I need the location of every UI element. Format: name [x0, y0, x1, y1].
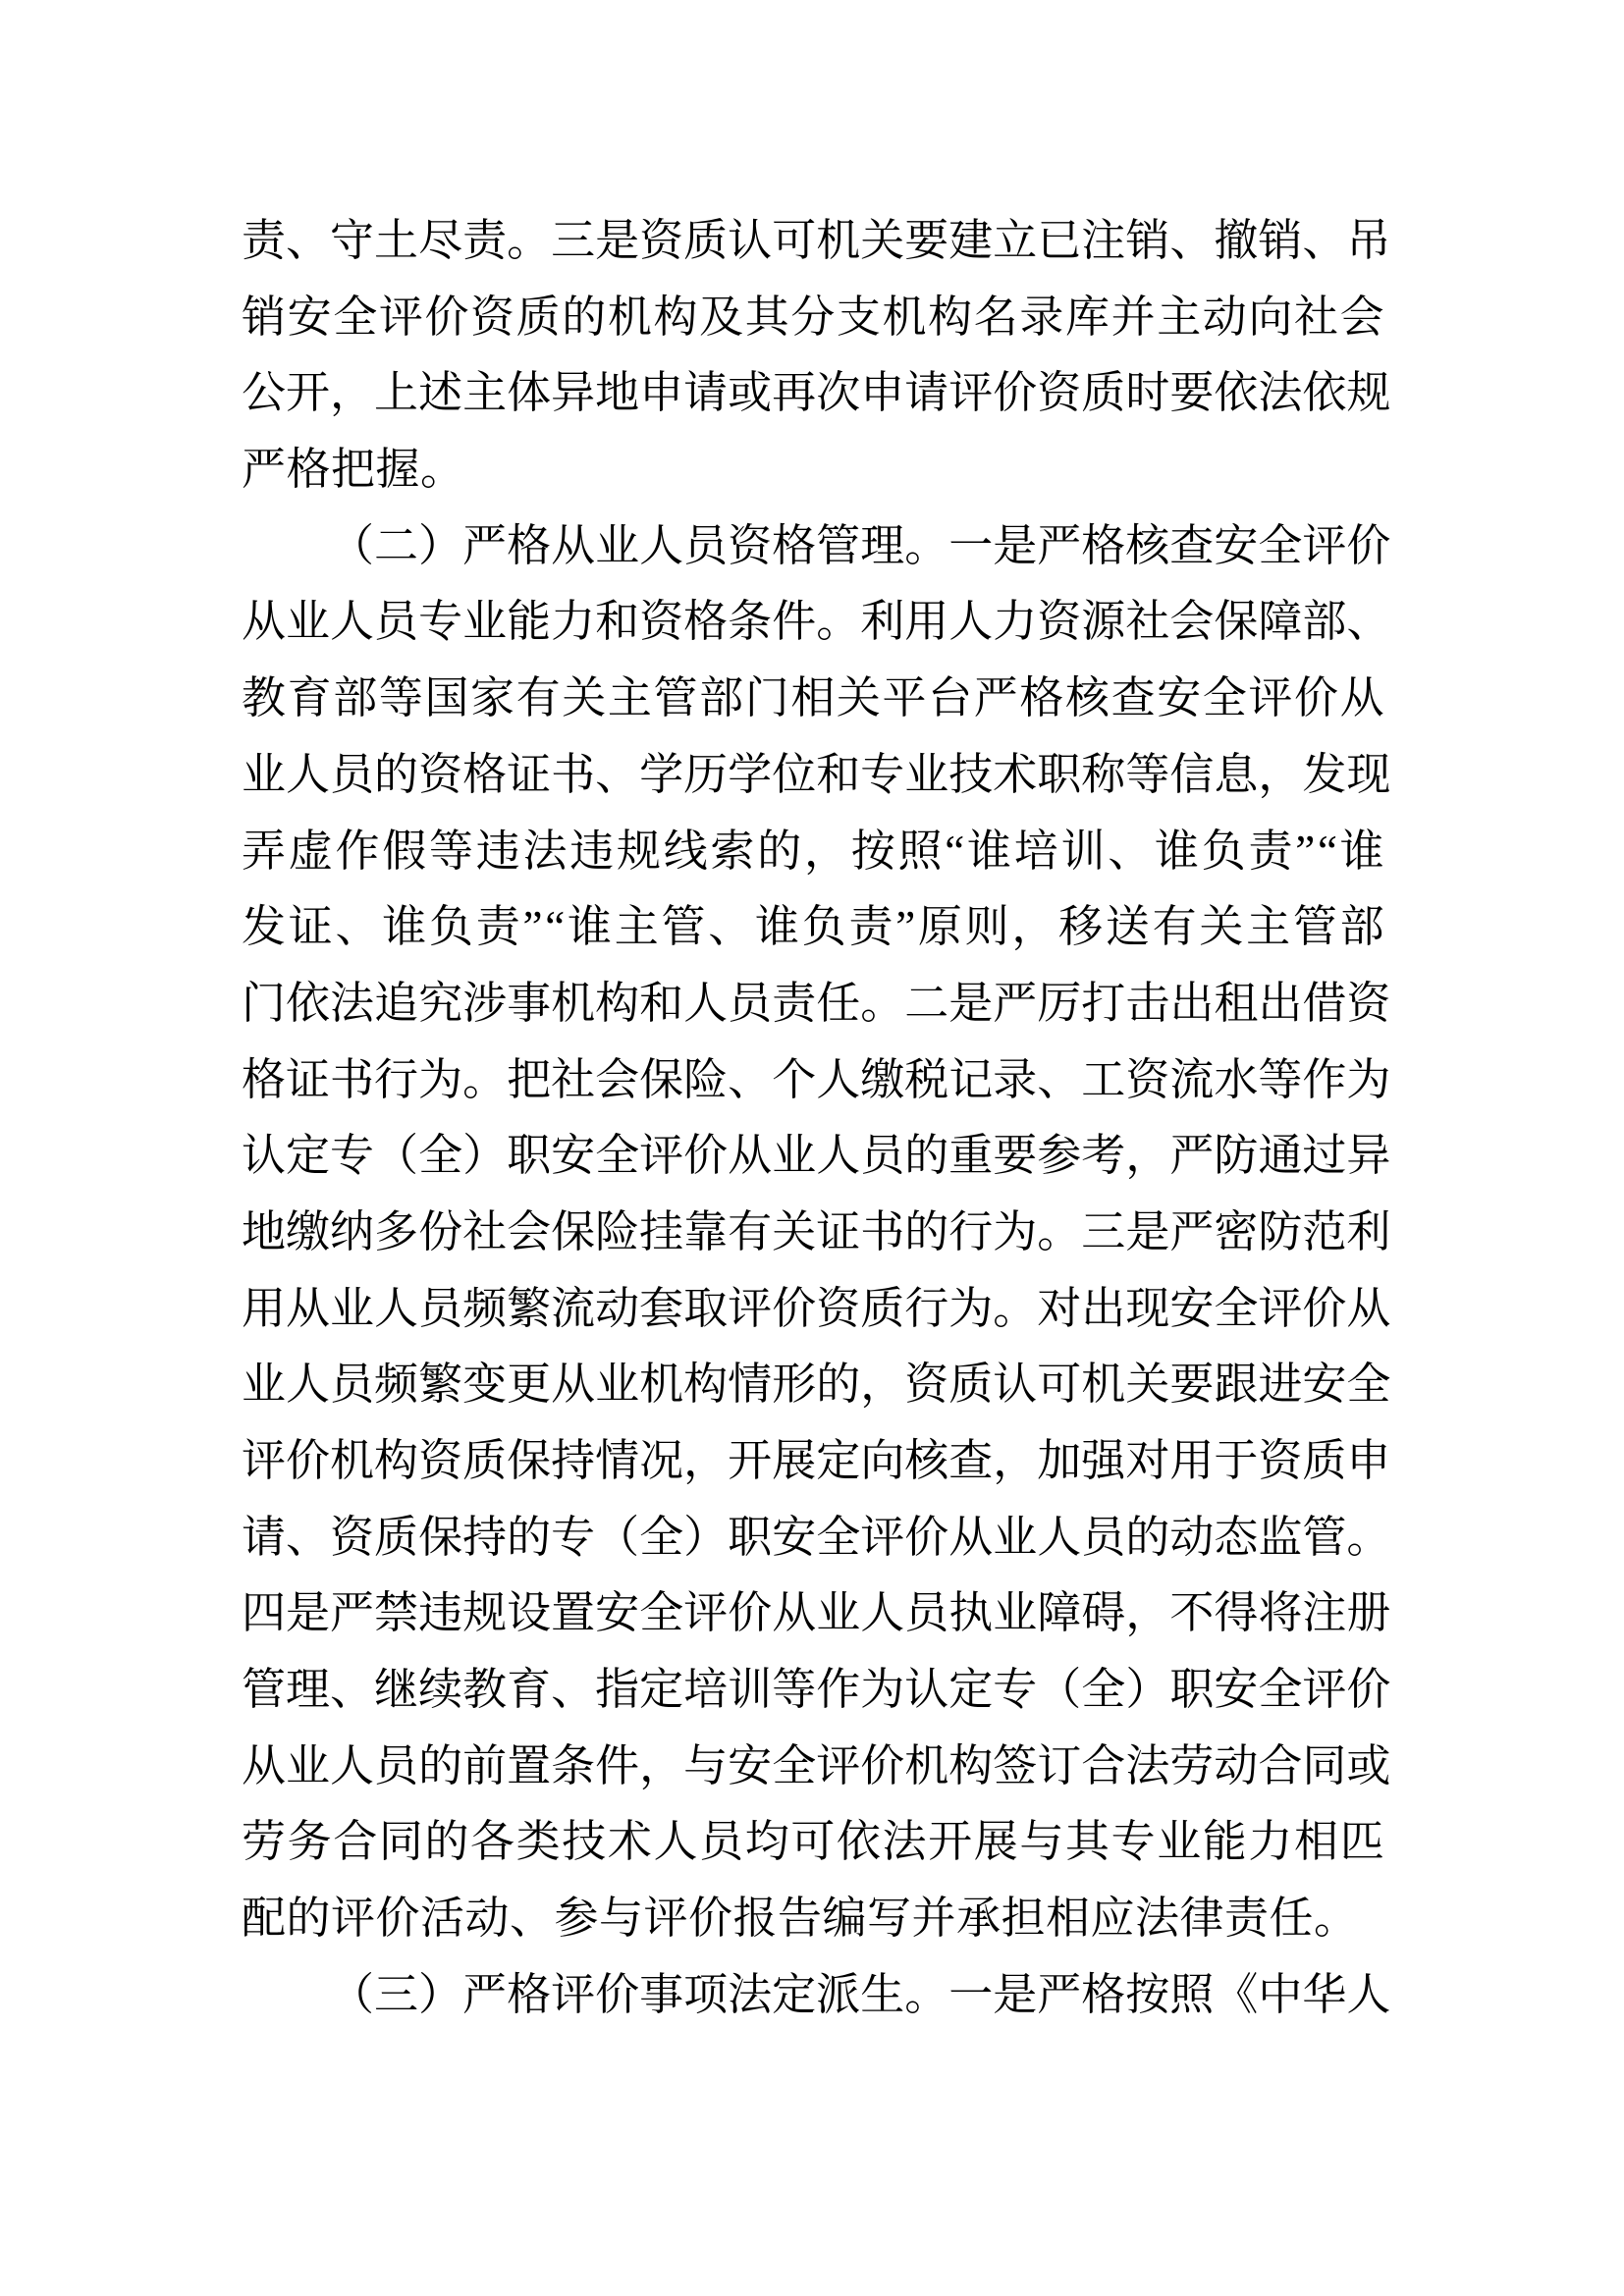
- text-line: 从业人员专业能力和资格条件。利用人力资源社会保障部、: [242, 584, 1384, 661]
- text-block: 责、守土尽责。三是资质认可机关要建立已注销、撤销、吊 销安全评价资质的机构及其分…: [242, 203, 1384, 2034]
- text-line: 业人员频繁变更从业机构情形的，资质认可机关要跟进安全: [242, 1347, 1384, 1423]
- text-line: 请、资质保持的专（全）职安全评价从业人员的动态监管。: [242, 1500, 1384, 1576]
- text-line: 弄虚作假等违法违规线索的，按照“谁培训、谁负责”“谁: [242, 814, 1384, 890]
- text-line: 门依法追究涉事机构和人员责任。二是严厉打击出租出借资: [242, 966, 1384, 1042]
- text-line: 用从业人员频繁流动套取评价资质行为。对出现安全评价从: [242, 1271, 1384, 1348]
- document-page: 责、守土尽责。三是资质认可机关要建立已注销、撤销、吊 销安全评价资质的机构及其分…: [0, 0, 1624, 2296]
- text-line: 公开，上述主体异地申请或再次申请评价资质时要依法依规: [242, 355, 1384, 432]
- text-line: 地缴纳多份社会保险挂靠有关证书的行为。三是严密防范利: [242, 1195, 1384, 1271]
- text-line: （三）严格评价事项法定派生。一是严格按照《中华人: [242, 1957, 1384, 2034]
- text-line: 四是严禁违规设置安全评价从业人员执业障碍，不得将注册: [242, 1575, 1384, 1652]
- text-line: 业人员的资格证书、学历学位和专业技术职称等信息，发现: [242, 737, 1384, 814]
- text-line: 劳务合同的各类技术人员均可依法开展与其专业能力相匹: [242, 1804, 1384, 1881]
- text-line: 销安全评价资质的机构及其分支机构名录库并主动向社会: [242, 280, 1384, 356]
- text-line: 发证、谁负责”“谁主管、谁负责”原则，移送有关主管部: [242, 889, 1384, 966]
- text-line: 教育部等国家有关主管部门相关平台严格核查安全评价从: [242, 661, 1384, 737]
- text-line: 责、守土尽责。三是资质认可机关要建立已注销、撤销、吊: [242, 203, 1384, 280]
- text-line: 配的评价活动、参与评价报告编写并承担相应法律责任。: [242, 1881, 1384, 1957]
- text-line: （二）严格从业人员资格管理。一是严格核查安全评价: [242, 508, 1384, 585]
- text-line: 格证书行为。把社会保险、个人缴税记录、工资流水等作为: [242, 1042, 1384, 1119]
- text-line: 管理、继续教育、指定培训等作为认定专（全）职安全评价: [242, 1652, 1384, 1729]
- text-line: 认定专（全）职安全评价从业人员的重要参考，严防通过异: [242, 1118, 1384, 1195]
- text-line: 严格把握。: [242, 432, 1384, 508]
- text-line: 评价机构资质保持情况，开展定向核查，加强对用于资质申: [242, 1423, 1384, 1500]
- text-line: 从业人员的前置条件，与安全评价机构签订合法劳动合同或: [242, 1729, 1384, 1805]
